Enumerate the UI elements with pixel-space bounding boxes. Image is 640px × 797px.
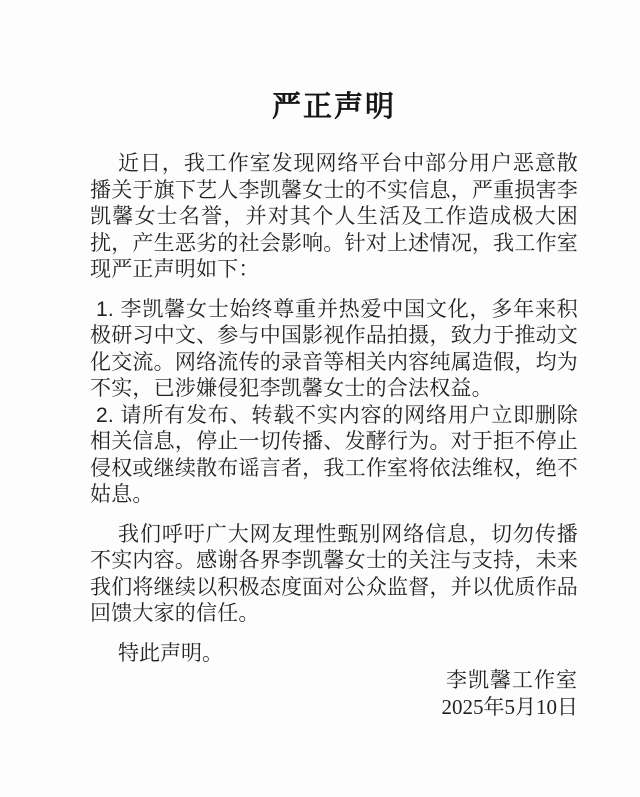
item-1-number: 1. [96,298,114,321]
statement-item-2: 2.请所有发布、转载不实内容的网络用户立即删除相关信息，停止一切传播、发酵行为。… [90,403,578,509]
date-line: 2025年5月10日 [90,694,578,721]
signature: 李凯馨工作室 [90,667,578,694]
item-2-text: 请所有发布、转载不实内容的网络用户立即删除相关信息，停止一切传播、发酵行为。对于… [90,404,578,507]
statement-item-1: 1.李凯馨女士始终尊重并热爱中国文化，多年来积极研习中文、参与中国影视作品拍摄，… [90,297,578,403]
closing-line: 特此声明。 [90,641,578,668]
intro-paragraph: 近日，我工作室发现网络平台中部分用户恶意散播关于旗下艺人李凯馨女士的不实信息，严… [90,151,578,284]
signature-block: 李凯馨工作室 2025年5月10日 [90,667,578,720]
item-1-text: 李凯馨女士始终尊重并热爱中国文化，多年来积极研习中文、参与中国影视作品拍摄，致力… [90,298,578,401]
statement-document: 严正声明 近日，我工作室发现网络平台中部分用户恶意散播关于旗下艺人李凯馨女士的不… [0,92,640,720]
item-2-number: 2. [96,404,114,427]
statement-title: 严正声明 [90,92,578,122]
appeal-paragraph: 我们呼吁广大网友理性甄别网络信息，切勿传播不实内容。感谢各界李凯馨女士的关注与支… [90,522,578,628]
statement-page: 严正声明 近日，我工作室发现网络平台中部分用户恶意散播关于旗下艺人李凯馨女士的不… [0,0,640,797]
